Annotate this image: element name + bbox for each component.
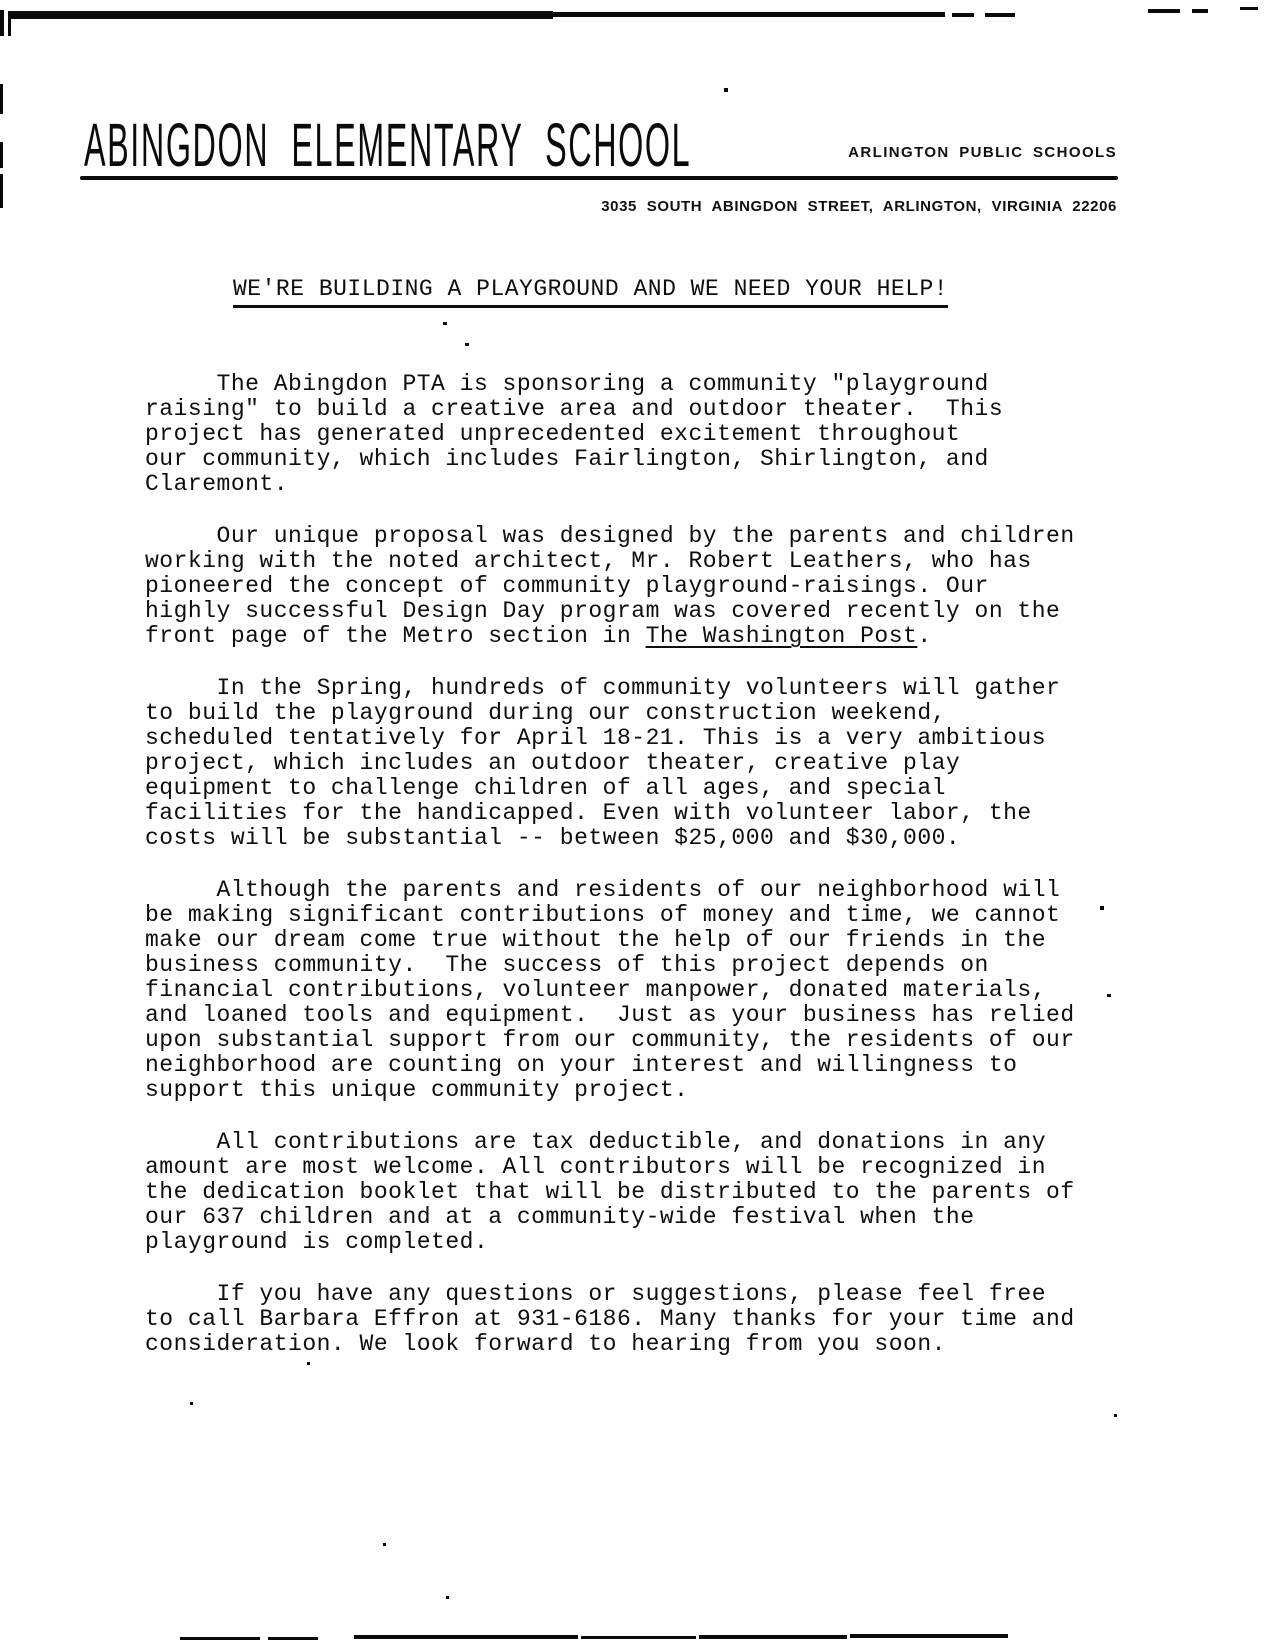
paragraph-proposal-text: Our unique proposal was designed by the … xyxy=(145,523,1075,649)
scanned-letter-page: ABINGDON ELEMENTARY SCHOOL ARLINGTON PUB… xyxy=(0,0,1275,1650)
scan-mark-left-edge-2 xyxy=(0,84,3,114)
scan-mark-bottom-3 xyxy=(354,1635,578,1639)
scan-mark-bottom-2 xyxy=(268,1637,318,1640)
scan-mark-top-dash-4 xyxy=(1192,9,1208,13)
scan-speck-8 xyxy=(1114,1414,1117,1417)
paragraph-proposal-period: . xyxy=(917,623,931,649)
scan-speck-7 xyxy=(190,1402,193,1405)
scan-mark-top-band-2 xyxy=(550,12,945,17)
paragraph-construction: In the Spring, hundreds of community vol… xyxy=(145,676,1145,851)
scan-mark-top-dash-5 xyxy=(1240,7,1258,10)
scan-mark-top-dash-1 xyxy=(952,13,974,17)
district-name: ARLINGTON PUBLIC SCHOOLS xyxy=(848,144,1117,161)
scan-mark-top-band xyxy=(8,11,553,19)
scan-mark-left-edge-4 xyxy=(0,174,3,208)
scan-mark-left-edge-1 xyxy=(0,10,4,36)
paragraph-intro: The Abingdon PTA is sponsoring a communi… xyxy=(145,372,1145,497)
paragraph-business-appeal: Although the parents and residents of ou… xyxy=(145,878,1145,1103)
paragraph-contributions: All contributions are tax deductible, an… xyxy=(145,1130,1145,1255)
paragraph-proposal: Our unique proposal was designed by the … xyxy=(145,524,1145,649)
scan-speck-9 xyxy=(383,1543,386,1546)
scan-mark-left-edge-3 xyxy=(0,142,3,168)
scan-speck-1 xyxy=(724,88,728,92)
scan-mark-top-dash-3 xyxy=(1148,9,1180,13)
scan-mark-top-dash-2 xyxy=(985,13,1015,17)
paragraph-contact: If you have any questions or suggestions… xyxy=(145,1282,1145,1357)
letter-title-text: WE'RE BUILDING A PLAYGROUND AND WE NEED … xyxy=(233,276,948,308)
scan-mark-bottom-4 xyxy=(581,1636,696,1639)
scan-mark-left-corner xyxy=(8,12,11,36)
letterhead-divider xyxy=(80,176,1118,180)
scan-mark-bottom-6 xyxy=(850,1634,1008,1638)
scan-mark-bottom-5 xyxy=(699,1635,847,1639)
scan-speck-10 xyxy=(446,1596,449,1599)
letter-title: WE'RE BUILDING A PLAYGROUND AND WE NEED … xyxy=(233,277,1145,302)
washington-post-citation: The Washington Post xyxy=(646,623,918,649)
scan-mark-bottom-1 xyxy=(180,1637,260,1640)
school-name: ABINGDON ELEMENTARY SCHOOL xyxy=(84,110,691,180)
school-address: 3035 SOUTH ABINGDON STREET, ARLINGTON, V… xyxy=(601,198,1117,215)
letter-body: WE'RE BUILDING A PLAYGROUND AND WE NEED … xyxy=(145,277,1145,1384)
